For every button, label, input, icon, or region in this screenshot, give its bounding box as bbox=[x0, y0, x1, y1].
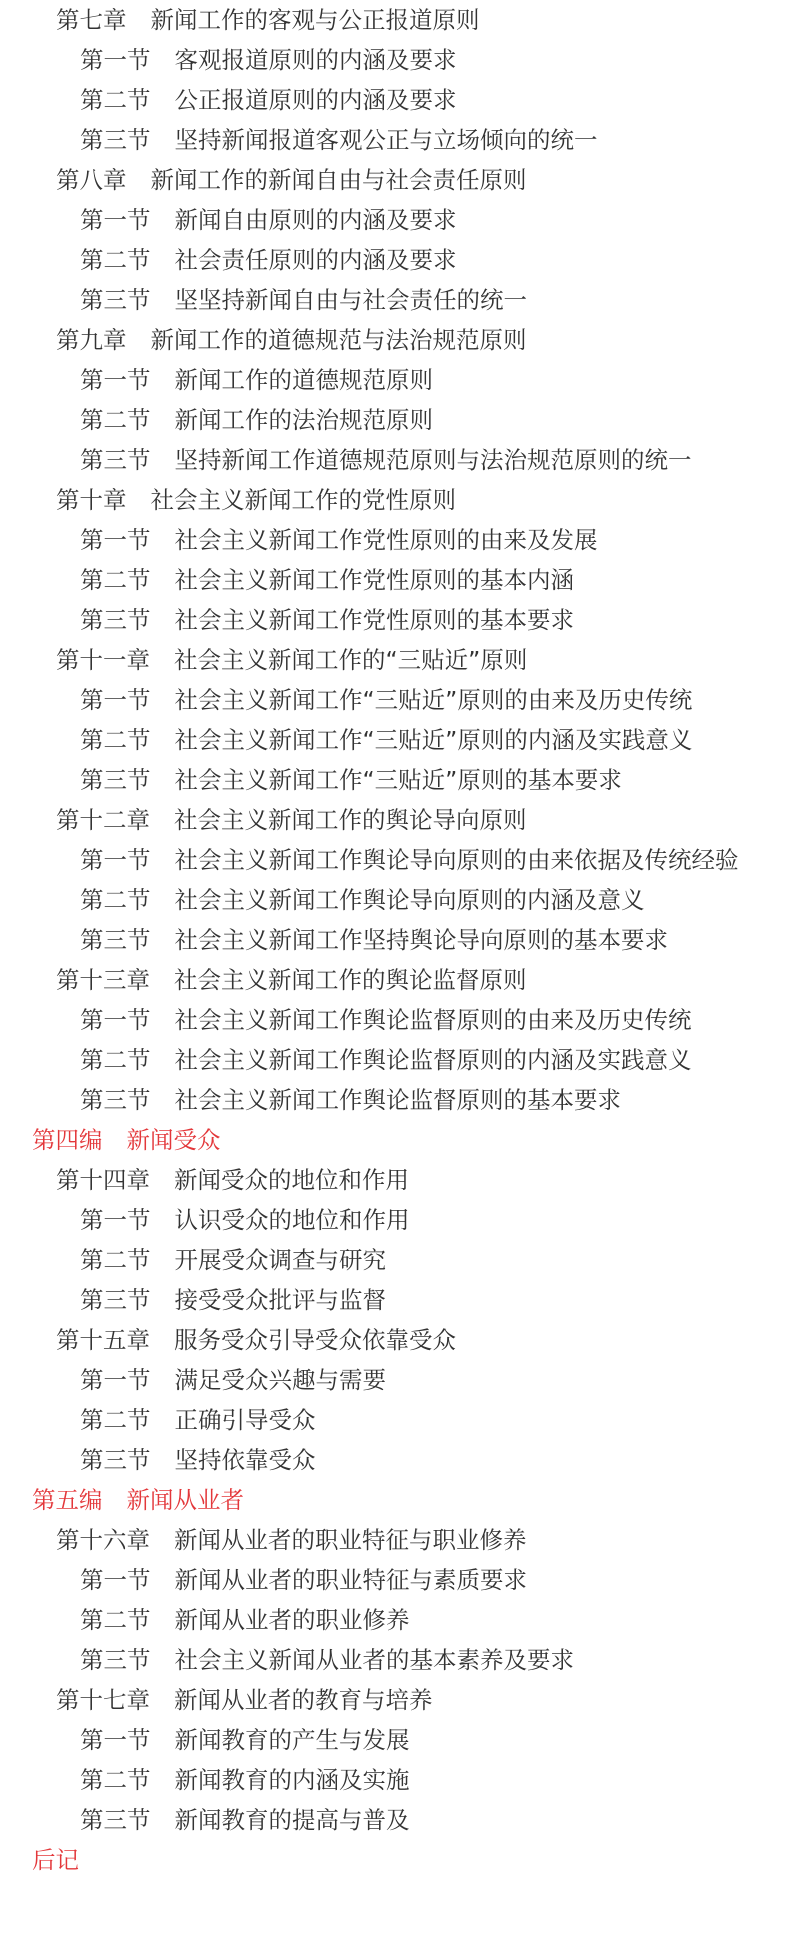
toc-section-number: 第三节 bbox=[80, 760, 151, 800]
toc-section-entry[interactable]: 第二节新闻从业者的职业修养 bbox=[0, 1600, 790, 1640]
toc-section-number: 第一节 bbox=[80, 40, 151, 80]
toc-chapter-entry[interactable]: 第十章社会主义新闻工作的党性原则 bbox=[0, 480, 790, 520]
toc-chapter-title: 社会主义新闻工作的党性原则 bbox=[151, 480, 457, 520]
toc-section-number: 第一节 bbox=[80, 1200, 151, 1240]
toc-chapter-entry[interactable]: 第十二章社会主义新闻工作的舆论导向原则 bbox=[0, 800, 790, 840]
toc-section-title: 开展受众调查与研究 bbox=[175, 1240, 387, 1280]
toc-section-entry[interactable]: 第三节社会主义新闻工作坚持舆论导向原则的基本要求 bbox=[0, 920, 790, 960]
toc-chapter-title: 新闻工作的新闻自由与社会责任原则 bbox=[151, 160, 527, 200]
toc-section-entry[interactable]: 第二节社会责任原则的内涵及要求 bbox=[0, 240, 790, 280]
toc-section-number: 第一节 bbox=[80, 1720, 151, 1760]
toc-section-title: 新闻从业者的职业特征与素质要求 bbox=[175, 1560, 528, 1600]
toc-chapter-number: 第十五章 bbox=[56, 1320, 150, 1360]
toc-section-number: 第二节 bbox=[80, 1040, 151, 1080]
toc-section-number: 第三节 bbox=[80, 600, 151, 640]
toc-section-entry[interactable]: 第三节社会主义新闻工作党性原则的基本要求 bbox=[0, 600, 790, 640]
toc-section-title: 客观报道原则的内涵及要求 bbox=[175, 40, 457, 80]
toc-chapter-number: 第八章 bbox=[56, 160, 127, 200]
toc-chapter-entry[interactable]: 第八章新闻工作的新闻自由与社会责任原则 bbox=[0, 160, 790, 200]
toc-chapter-entry[interactable]: 第十三章社会主义新闻工作的舆论监督原则 bbox=[0, 960, 790, 1000]
toc-section-number: 第一节 bbox=[80, 1560, 151, 1600]
toc-section-title: 社会主义新闻工作舆论监督原则的基本要求 bbox=[175, 1080, 622, 1120]
toc-part-entry[interactable]: 后记 bbox=[0, 1840, 790, 1880]
toc-section-entry[interactable]: 第一节满足受众兴趣与需要 bbox=[0, 1360, 790, 1400]
toc-section-entry[interactable]: 第二节新闻工作的法治规范原则 bbox=[0, 400, 790, 440]
toc-section-number: 第三节 bbox=[80, 120, 151, 160]
toc-chapter-entry[interactable]: 第十七章新闻从业者的教育与培养 bbox=[0, 1680, 790, 1720]
toc-section-title: 新闻工作的法治规范原则 bbox=[175, 400, 434, 440]
toc-section-title: 社会主义新闻工作舆论监督原则的内涵及实践意义 bbox=[175, 1040, 692, 1080]
toc-section-number: 第二节 bbox=[80, 720, 151, 760]
toc-section-entry[interactable]: 第三节坚坚持新闻自由与社会责任的统一 bbox=[0, 280, 790, 320]
toc-part-title: 新闻从业者 bbox=[127, 1480, 245, 1520]
toc-section-number: 第三节 bbox=[80, 280, 151, 320]
toc-section-number: 第三节 bbox=[80, 1080, 151, 1120]
toc-section-number: 第一节 bbox=[80, 1000, 151, 1040]
toc-section-title: 社会主义新闻工作“三贴近”原则的基本要求 bbox=[175, 760, 622, 800]
toc-section-title: 坚持新闻报道客观公正与立场倾向的统一 bbox=[175, 120, 598, 160]
toc-section-title: 认识受众的地位和作用 bbox=[175, 1200, 410, 1240]
toc-section-number: 第三节 bbox=[80, 1640, 151, 1680]
toc-section-entry[interactable]: 第二节公正报道原则的内涵及要求 bbox=[0, 80, 790, 120]
toc-section-entry[interactable]: 第三节坚持新闻报道客观公正与立场倾向的统一 bbox=[0, 120, 790, 160]
toc-part-number: 后记 bbox=[32, 1840, 79, 1880]
toc-section-number: 第一节 bbox=[80, 520, 151, 560]
toc-section-title: 社会主义新闻工作舆论导向原则的内涵及意义 bbox=[175, 880, 645, 920]
toc-section-title: 社会责任原则的内涵及要求 bbox=[175, 240, 457, 280]
toc-section-entry[interactable]: 第一节客观报道原则的内涵及要求 bbox=[0, 40, 790, 80]
table-of-contents: 第七章新闻工作的客观与公正报道原则第一节客观报道原则的内涵及要求第二节公正报道原… bbox=[0, 0, 790, 1880]
toc-section-title: 坚持依靠受众 bbox=[175, 1440, 316, 1480]
toc-chapter-number: 第十六章 bbox=[56, 1520, 150, 1560]
toc-part-entry[interactable]: 第四编新闻受众 bbox=[0, 1120, 790, 1160]
toc-section-entry[interactable]: 第一节新闻自由原则的内涵及要求 bbox=[0, 200, 790, 240]
toc-section-number: 第二节 bbox=[80, 240, 151, 280]
toc-section-entry[interactable]: 第二节社会主义新闻工作舆论导向原则的内涵及意义 bbox=[0, 880, 790, 920]
toc-chapter-number: 第十二章 bbox=[56, 800, 150, 840]
toc-section-title: 社会主义新闻工作舆论导向原则的由来依据及传统经验 bbox=[175, 840, 739, 880]
toc-section-entry[interactable]: 第三节社会主义新闻从业者的基本素养及要求 bbox=[0, 1640, 790, 1680]
toc-section-entry[interactable]: 第三节接受受众批评与监督 bbox=[0, 1280, 790, 1320]
toc-section-title: 社会主义新闻工作“三贴近”原则的内涵及实践意义 bbox=[175, 720, 693, 760]
toc-section-entry[interactable]: 第一节社会主义新闻工作舆论导向原则的由来依据及传统经验 bbox=[0, 840, 790, 880]
toc-section-entry[interactable]: 第二节开展受众调查与研究 bbox=[0, 1240, 790, 1280]
toc-section-title: 新闻自由原则的内涵及要求 bbox=[175, 200, 457, 240]
toc-section-title: 社会主义新闻工作党性原则的基本内涵 bbox=[175, 560, 575, 600]
toc-section-title: 新闻教育的内涵及实施 bbox=[175, 1760, 410, 1800]
toc-section-title: 满足受众兴趣与需要 bbox=[175, 1360, 387, 1400]
toc-part-number: 第四编 bbox=[32, 1120, 103, 1160]
toc-section-number: 第二节 bbox=[80, 1760, 151, 1800]
toc-chapter-number: 第十四章 bbox=[56, 1160, 150, 1200]
toc-section-title: 社会主义新闻工作舆论监督原则的由来及历史传统 bbox=[175, 1000, 692, 1040]
toc-section-entry[interactable]: 第二节社会主义新闻工作舆论监督原则的内涵及实践意义 bbox=[0, 1040, 790, 1080]
toc-section-title: 新闻工作的道德规范原则 bbox=[175, 360, 434, 400]
toc-section-title: 接受受众批评与监督 bbox=[175, 1280, 387, 1320]
toc-chapter-number: 第十三章 bbox=[56, 960, 150, 1000]
toc-section-entry[interactable]: 第二节社会主义新闻工作党性原则的基本内涵 bbox=[0, 560, 790, 600]
toc-chapter-entry[interactable]: 第十一章社会主义新闻工作的“三贴近”原则 bbox=[0, 640, 790, 680]
toc-chapter-title: 服务受众引导受众依靠受众 bbox=[174, 1320, 456, 1360]
toc-section-entry[interactable]: 第三节新闻教育的提高与普及 bbox=[0, 1800, 790, 1840]
toc-section-title: 社会主义新闻工作党性原则的由来及发展 bbox=[175, 520, 598, 560]
toc-section-entry[interactable]: 第一节社会主义新闻工作党性原则的由来及发展 bbox=[0, 520, 790, 560]
toc-part-entry[interactable]: 第五编新闻从业者 bbox=[0, 1480, 790, 1520]
toc-section-entry[interactable]: 第三节社会主义新闻工作舆论监督原则的基本要求 bbox=[0, 1080, 790, 1120]
toc-section-entry[interactable]: 第一节认识受众的地位和作用 bbox=[0, 1200, 790, 1240]
toc-chapter-title: 社会主义新闻工作的舆论监督原则 bbox=[174, 960, 527, 1000]
toc-section-title: 公正报道原则的内涵及要求 bbox=[175, 80, 457, 120]
toc-chapter-number: 第十一章 bbox=[56, 640, 150, 680]
toc-section-title: 社会主义新闻从业者的基本素养及要求 bbox=[175, 1640, 575, 1680]
toc-section-title: 新闻教育的提高与普及 bbox=[175, 1800, 410, 1840]
toc-chapter-title: 新闻受众的地位和作用 bbox=[174, 1160, 409, 1200]
toc-section-entry[interactable]: 第一节新闻教育的产生与发展 bbox=[0, 1720, 790, 1760]
toc-chapter-number: 第九章 bbox=[56, 320, 127, 360]
toc-section-number: 第二节 bbox=[80, 80, 151, 120]
toc-section-entry[interactable]: 第二节新闻教育的内涵及实施 bbox=[0, 1760, 790, 1800]
toc-section-number: 第二节 bbox=[80, 1600, 151, 1640]
toc-part-number: 第五编 bbox=[32, 1480, 103, 1520]
toc-chapter-title: 新闻从业者的教育与培养 bbox=[174, 1680, 433, 1720]
toc-section-number: 第一节 bbox=[80, 200, 151, 240]
toc-section-entry[interactable]: 第三节社会主义新闻工作“三贴近”原则的基本要求 bbox=[0, 760, 790, 800]
toc-section-number: 第三节 bbox=[80, 1280, 151, 1320]
toc-section-number: 第二节 bbox=[80, 400, 151, 440]
toc-chapter-title: 新闻工作的道德规范与法治规范原则 bbox=[151, 320, 527, 360]
toc-chapter-number: 第七章 bbox=[56, 0, 127, 40]
toc-section-entry[interactable]: 第三节坚持新闻工作道德规范原则与法治规范原则的统一 bbox=[0, 440, 790, 480]
toc-section-entry[interactable]: 第一节社会主义新闻工作“三贴近”原则的由来及历史传统 bbox=[0, 680, 790, 720]
toc-section-title: 正确引导受众 bbox=[175, 1400, 316, 1440]
toc-section-number: 第二节 bbox=[80, 560, 151, 600]
toc-chapter-number: 第十七章 bbox=[56, 1680, 150, 1720]
toc-chapter-title: 社会主义新闻工作的“三贴近”原则 bbox=[174, 640, 527, 680]
toc-section-entry[interactable]: 第二节正确引导受众 bbox=[0, 1400, 790, 1440]
toc-section-number: 第三节 bbox=[80, 1440, 151, 1480]
toc-chapter-entry[interactable]: 第九章新闻工作的道德规范与法治规范原则 bbox=[0, 320, 790, 360]
toc-section-title: 社会主义新闻工作“三贴近”原则的由来及历史传统 bbox=[175, 680, 693, 720]
toc-section-entry[interactable]: 第三节坚持依靠受众 bbox=[0, 1440, 790, 1480]
toc-chapter-entry[interactable]: 第十五章服务受众引导受众依靠受众 bbox=[0, 1320, 790, 1360]
toc-section-entry[interactable]: 第一节社会主义新闻工作舆论监督原则的由来及历史传统 bbox=[0, 1000, 790, 1040]
toc-chapter-title: 新闻工作的客观与公正报道原则 bbox=[151, 0, 480, 40]
toc-section-number: 第一节 bbox=[80, 680, 151, 720]
toc-section-entry[interactable]: 第二节社会主义新闻工作“三贴近”原则的内涵及实践意义 bbox=[0, 720, 790, 760]
toc-section-number: 第二节 bbox=[80, 880, 151, 920]
toc-chapter-number: 第十章 bbox=[56, 480, 127, 520]
toc-section-title: 坚持新闻工作道德规范原则与法治规范原则的统一 bbox=[175, 440, 692, 480]
toc-chapter-entry[interactable]: 第七章新闻工作的客观与公正报道原则 bbox=[0, 0, 790, 40]
toc-section-number: 第一节 bbox=[80, 840, 151, 880]
toc-section-title: 社会主义新闻工作党性原则的基本要求 bbox=[175, 600, 575, 640]
toc-section-number: 第二节 bbox=[80, 1240, 151, 1280]
toc-section-number: 第三节 bbox=[80, 1800, 151, 1840]
toc-section-title: 社会主义新闻工作坚持舆论导向原则的基本要求 bbox=[175, 920, 669, 960]
toc-section-title: 新闻教育的产生与发展 bbox=[175, 1720, 410, 1760]
toc-section-number: 第三节 bbox=[80, 440, 151, 480]
toc-section-title: 坚坚持新闻自由与社会责任的统一 bbox=[175, 280, 528, 320]
toc-section-entry[interactable]: 第一节新闻工作的道德规范原则 bbox=[0, 360, 790, 400]
toc-chapter-entry[interactable]: 第十四章新闻受众的地位和作用 bbox=[0, 1160, 790, 1200]
toc-section-title: 新闻从业者的职业修养 bbox=[175, 1600, 410, 1640]
toc-chapter-title: 社会主义新闻工作的舆论导向原则 bbox=[174, 800, 527, 840]
toc-section-number: 第一节 bbox=[80, 360, 151, 400]
toc-section-number: 第三节 bbox=[80, 920, 151, 960]
toc-chapter-entry[interactable]: 第十六章新闻从业者的职业特征与职业修养 bbox=[0, 1520, 790, 1560]
toc-chapter-title: 新闻从业者的职业特征与职业修养 bbox=[174, 1520, 527, 1560]
toc-section-entry[interactable]: 第一节新闻从业者的职业特征与素质要求 bbox=[0, 1560, 790, 1600]
toc-section-number: 第二节 bbox=[80, 1400, 151, 1440]
toc-part-title: 新闻受众 bbox=[127, 1120, 221, 1160]
toc-section-number: 第一节 bbox=[80, 1360, 151, 1400]
